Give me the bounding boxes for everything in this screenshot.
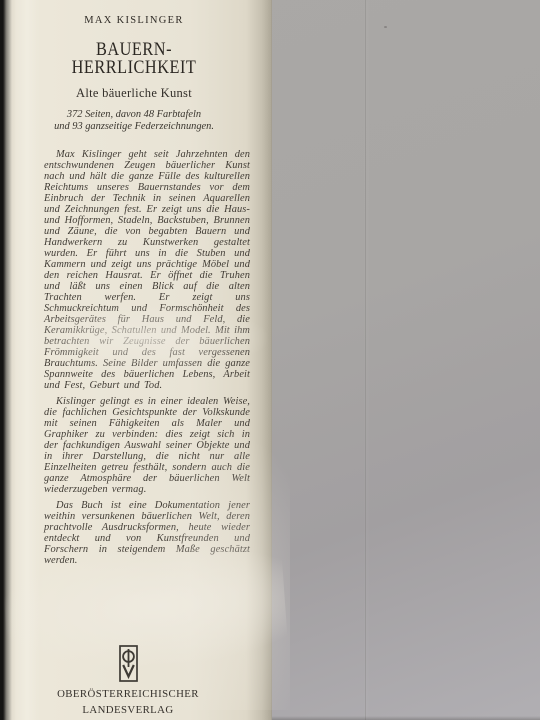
book-title-line1: BAUERN-: [96, 40, 172, 60]
title-block: MAX KISLINGER BAUERN-HERRLICHKEIT Alte b…: [31, 15, 237, 133]
publisher-emblem-icon: [119, 645, 138, 682]
spine-edge-shadow: [0, 0, 12, 720]
blurb-text: Max Kislinger geht seit Jahrzehnten den …: [44, 149, 250, 566]
book-title-line2: HERRLICHKEIT: [72, 58, 197, 78]
book-title: BAUERN-HERRLICHKEIT: [43, 41, 224, 77]
publisher-block: OBERÖSTERREICHISCHER LANDESVERLAG: [22, 645, 234, 717]
jacket-flap-paper: MAX KISLINGER BAUERN-HERRLICHKEIT Alte b…: [0, 0, 272, 720]
publisher-name-line1: OBERÖSTERREICHISCHER: [22, 688, 234, 701]
edition-note-line2: und 93 ganzseitige Federzeichnungen.: [54, 121, 214, 132]
author-name: MAX KISLINGER: [31, 15, 237, 26]
book-subtitle: Alte bäuerliche Kunst: [31, 86, 237, 101]
edition-note: 372 Seiten, davon 48 Farbtafelnund 93 ga…: [31, 109, 237, 133]
flap-text-column: MAX KISLINGER BAUERN-HERRLICHKEIT Alte b…: [44, 0, 250, 571]
edition-note-line1: 372 Seiten, davon 48 Farbtafeln: [67, 109, 201, 120]
background-bottom-shadow: [272, 716, 540, 720]
blurb-paragraph-2: Kislinger gelingt es in einer idealen We…: [44, 396, 250, 495]
dust-speck: [384, 26, 387, 28]
publisher-name-line2: LANDESVERLAG: [22, 704, 234, 717]
blurb-paragraph-3: Das Buch ist eine Dokumentation jener we…: [44, 500, 250, 566]
blurb-paragraph-1: Max Kislinger geht seit Jahrzehnten den …: [44, 149, 250, 391]
background-seam-line: [365, 0, 366, 720]
book-jacket-flap-photo: MAX KISLINGER BAUERN-HERRLICHKEIT Alte b…: [0, 0, 540, 720]
